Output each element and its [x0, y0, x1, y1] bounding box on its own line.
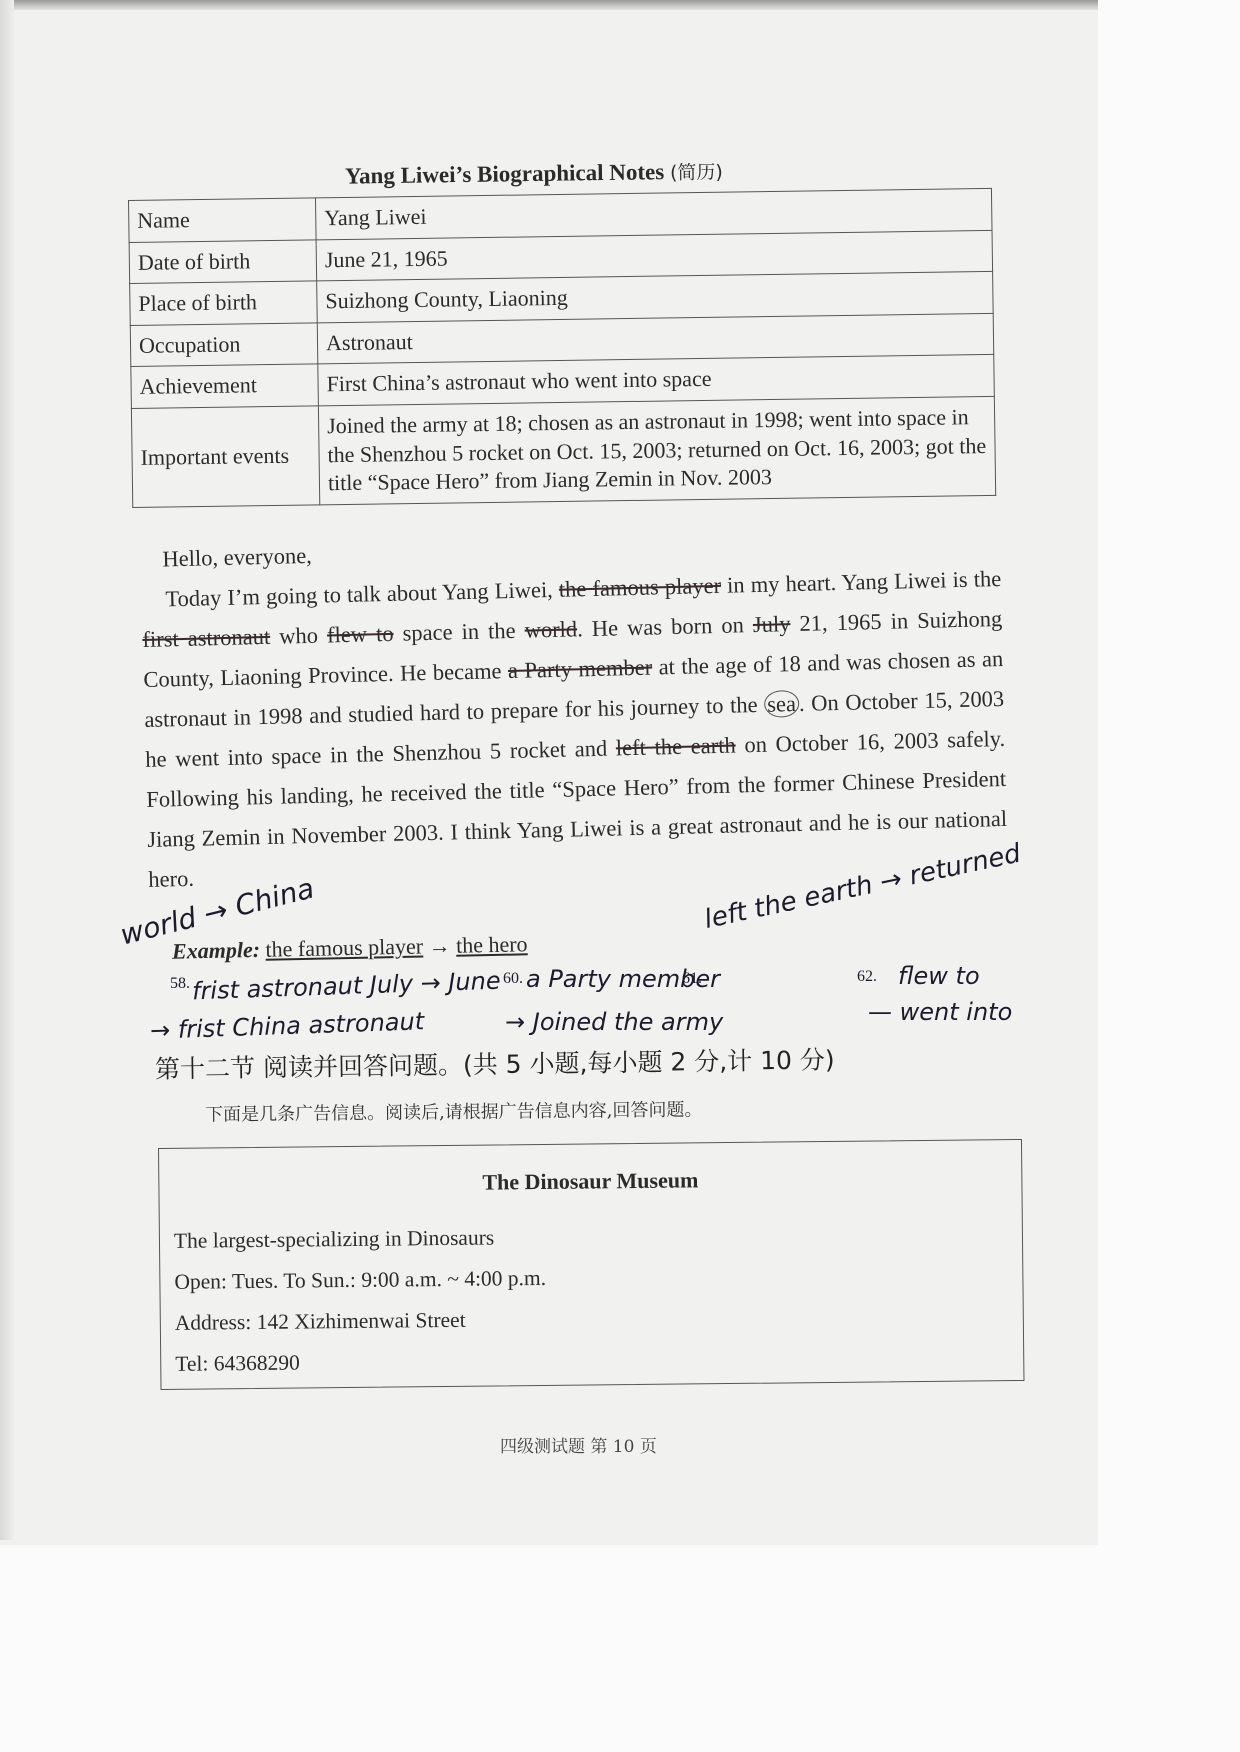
- bio-label: Place of birth: [130, 281, 318, 325]
- ad-lines: The largest-specializing in DinosaursOpe…: [174, 1217, 547, 1385]
- bio-label: Occupation: [130, 323, 318, 367]
- bio-value: Joined the army at 18; chosen as an astr…: [318, 396, 995, 504]
- letter-paragraph: Today I’m going to talk about Yang Liwei…: [141, 559, 1009, 900]
- q62-answer-line1: flew to: [898, 962, 980, 990]
- bio-row: Important eventsJoined the army at 18; c…: [131, 396, 995, 507]
- bio-label: Important events: [131, 406, 319, 507]
- example-line: Example: the famous player → the hero: [172, 931, 528, 964]
- letter-body: Hello, everyone, Today I’m going to talk…: [140, 519, 1009, 900]
- q58-answer-line2: → frist China astronaut: [150, 1007, 425, 1045]
- title-cn: (简历): [670, 161, 723, 184]
- section-heading: 第十二节 阅读并回答问题。(共 5 小题,每小题 2 分,计 10 分): [155, 1040, 835, 1085]
- ad-title: The Dinosaur Museum: [159, 1164, 1021, 1199]
- struck-phrase: left the earth: [616, 733, 736, 761]
- q60-answer-line2: → Joined the army: [505, 1008, 723, 1036]
- ad-line: Address: 142 Xizhimenwai Street: [175, 1299, 547, 1344]
- example-right: the hero: [456, 931, 528, 957]
- struck-phrase: world: [524, 616, 577, 642]
- page-edge-left: [0, 0, 14, 1540]
- scan-margin-bottom: [0, 1545, 1240, 1752]
- bio-label: Achievement: [131, 364, 319, 408]
- example-wrong: the famous player: [265, 933, 423, 961]
- advertisement-box: The Dinosaur Museum The largest-speciali…: [158, 1139, 1024, 1390]
- struck-phrase: flew to: [327, 621, 394, 648]
- letter-text: . He was born on: [577, 612, 753, 641]
- q61-number: 61.: [682, 970, 702, 988]
- biography-table: NameYang LiweiDate of birthJune 21, 1965…: [128, 188, 996, 508]
- q58-number: 58.: [170, 975, 190, 993]
- letter-text: Today I’m going to talk about Yang Liwei…: [165, 577, 559, 612]
- circled-word: sea: [764, 690, 799, 718]
- bio-label: Date of birth: [129, 239, 317, 283]
- page-footer: 四级测试题 第 10 页: [500, 1432, 657, 1457]
- letter-text: space in the: [393, 618, 525, 646]
- title-text: Yang Liwei’s Biographical Notes: [345, 159, 665, 188]
- bio-label: Name: [129, 198, 317, 242]
- scan-margin-right: [1098, 0, 1240, 1752]
- ad-line: The largest-specializing in Dinosaurs: [174, 1217, 546, 1262]
- example-label: Example:: [172, 937, 261, 964]
- struck-phrase: July: [753, 611, 791, 637]
- document-title: Yang Liwei’s Biographical Notes (简历): [345, 157, 723, 189]
- page-edge-top: [0, 0, 1100, 10]
- arrow-icon: →: [428, 933, 451, 958]
- struck-phrase: a Party member: [508, 655, 653, 684]
- q60-number: 60.: [503, 970, 523, 988]
- q58-answer-line1: frist astronaut July → June: [192, 967, 501, 1006]
- section-instructions: 下面是几条广告信息。阅读后,请根据广告信息内容,回答问题。: [205, 1095, 703, 1126]
- q62-answer-line2: — went into: [868, 998, 1012, 1026]
- struck-phrase: first astronaut: [142, 624, 270, 652]
- letter-text: who: [270, 622, 327, 648]
- ad-line: Tel: 64368290: [175, 1340, 547, 1385]
- q62-number: 62.: [857, 968, 877, 986]
- struck-phrase: the famous player: [559, 573, 722, 602]
- ad-line: Open: Tues. To Sun.: 9:00 a.m. ~ 4:00 p.…: [174, 1258, 546, 1303]
- letter-text: in my heart. Yang Liwei is the: [721, 566, 1002, 598]
